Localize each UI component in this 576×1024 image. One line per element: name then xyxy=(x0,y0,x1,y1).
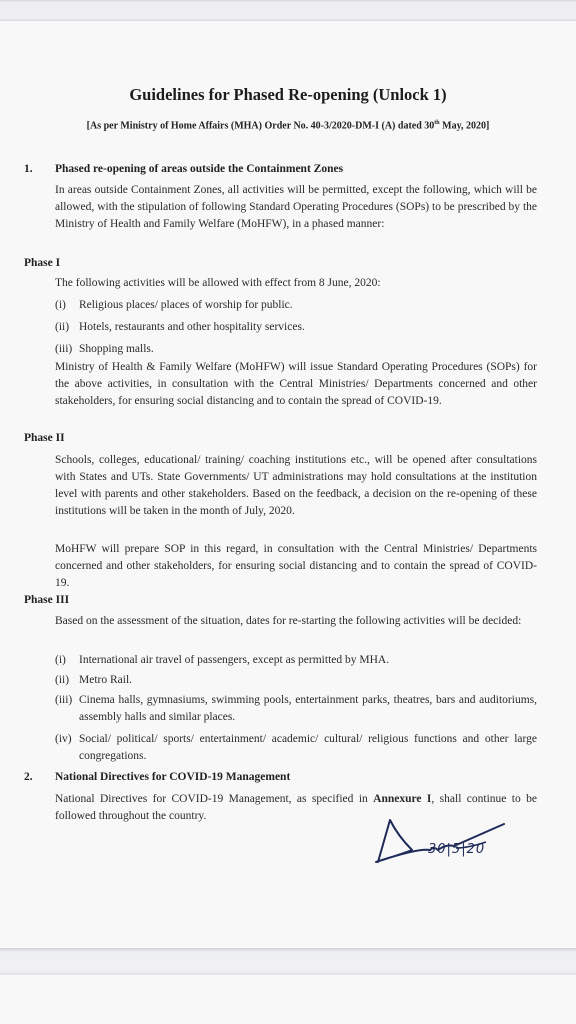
phase-2-label: Phase II xyxy=(24,432,65,444)
annexure-reference: Annexure I xyxy=(373,793,431,805)
top-separator xyxy=(0,0,576,21)
phase-1-note: Ministry of Health & Family Welfare (MoH… xyxy=(55,359,537,410)
section-1-heading: Phased re-opening of areas outside the C… xyxy=(55,163,343,175)
phase-3-item: (iv) Social/ political/ sports/ entertai… xyxy=(55,731,537,765)
phase-3-intro: Based on the assessment of the situation… xyxy=(55,613,537,630)
section-1-number: 1. xyxy=(24,163,33,175)
phase-2-note: MoHFW will prepare SOP in this regard, i… xyxy=(55,541,537,592)
phase-1-item: (ii) Hotels, restaurants and other hospi… xyxy=(55,319,537,336)
item-number: (iii) xyxy=(55,692,79,726)
item-number: (ii) xyxy=(55,672,79,689)
item-text: Shopping malls. xyxy=(79,341,537,358)
section-1-intro: In areas outside Containment Zones, all … xyxy=(55,182,537,233)
phase-3-item: (ii) Metro Rail. xyxy=(55,672,537,689)
body-prefix: National Directives for COVID-19 Managem… xyxy=(55,793,373,805)
phase-1-label: Phase I xyxy=(24,257,60,269)
item-number: (i) xyxy=(55,297,79,314)
phase-1-item: (i) Religious places/ places of worship … xyxy=(55,297,537,314)
item-text: Metro Rail. xyxy=(79,672,537,689)
item-text: Religious places/ places of worship for … xyxy=(79,297,537,314)
item-text: Hotels, restaurants and other hospitalit… xyxy=(79,319,537,336)
page-separator xyxy=(0,948,576,975)
item-number: (i) xyxy=(55,652,79,669)
item-text: Social/ political/ sports/ entertainment… xyxy=(79,731,537,765)
signature-date: 30|5|20 xyxy=(428,842,485,857)
document-subtitle: [As per Ministry of Home Affairs (MHA) O… xyxy=(0,120,576,131)
next-page xyxy=(0,975,576,1024)
item-number: (iii) xyxy=(55,341,79,358)
phase-3-label: Phase III xyxy=(24,594,69,606)
item-text: International air travel of passengers, … xyxy=(79,652,537,669)
document-title: Guidelines for Phased Re-opening (Unlock… xyxy=(0,85,576,105)
subtitle-prefix: [As per Ministry of Home Affairs (MHA) O… xyxy=(87,120,435,131)
phase-3-item: (i) International air travel of passenge… xyxy=(55,652,537,669)
phase-2-intro: Schools, colleges, educational/ training… xyxy=(55,452,537,520)
phase-1-intro: The following activities will be allowed… xyxy=(55,275,537,292)
section-2-heading: National Directives for COVID-19 Managem… xyxy=(55,771,290,783)
item-number: (iv) xyxy=(55,731,79,765)
item-number: (ii) xyxy=(55,319,79,336)
item-text: Cinema halls, gymnasiums, swimming pools… xyxy=(79,692,537,726)
phase-3-item: (iii) Cinema halls, gymnasiums, swimming… xyxy=(55,692,537,726)
subtitle-suffix: May, 2020] xyxy=(440,120,490,131)
phase-1-item: (iii) Shopping malls. xyxy=(55,341,537,358)
section-2-number: 2. xyxy=(24,771,33,783)
